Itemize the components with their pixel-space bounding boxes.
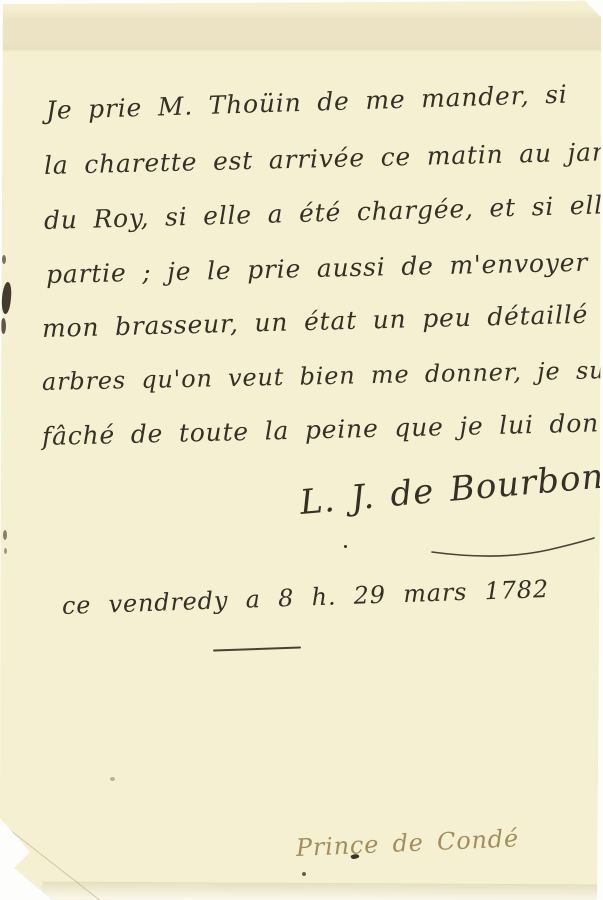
ink-blot — [2, 255, 6, 264]
letter-line-1: Je prie M. Thoüin de me mander, si — [46, 80, 568, 125]
letter-line-7: fâché de toute la peine que je lui donne… — [42, 407, 603, 451]
dateline-underline — [213, 646, 301, 651]
ink-blot — [1, 318, 6, 334]
paper-speck — [3, 530, 7, 540]
paper-speck — [302, 872, 306, 876]
paper-speck — [4, 548, 7, 554]
collector-annotation: Prince de Condé — [295, 824, 519, 862]
ink-dot — [344, 545, 347, 548]
letter-line-2: la charette est arrivée ce matin au jard… — [44, 136, 603, 180]
letter-line-5: mon brasseur, un état un peu détaillé de… — [42, 298, 603, 343]
ink-blot — [0, 282, 12, 315]
letter-line-6: arbres qu'on veut bien me donner, je sui… — [42, 354, 603, 396]
paper-speck — [110, 777, 115, 781]
signature-flourish — [428, 528, 598, 562]
letter-line-3: du Roy, si elle a été chargée, et si ell… — [44, 188, 603, 235]
letter-page: Je prie M. Thoüin de me mander, si la ch… — [0, 0, 603, 900]
paper-bottom-edge-shadow — [42, 882, 603, 900]
signature: L. J. de Bourbon — [298, 456, 603, 522]
paper-fold-crease — [0, 7, 603, 52]
dateline: ce vendredy a 8 h. 29 mars 1782 — [62, 575, 550, 620]
scan-background: Je prie M. Thoüin de me mander, si la ch… — [0, 0, 603, 900]
letter-line-4: partie ; je le prie aussi de m'envoyer p… — [46, 246, 603, 289]
